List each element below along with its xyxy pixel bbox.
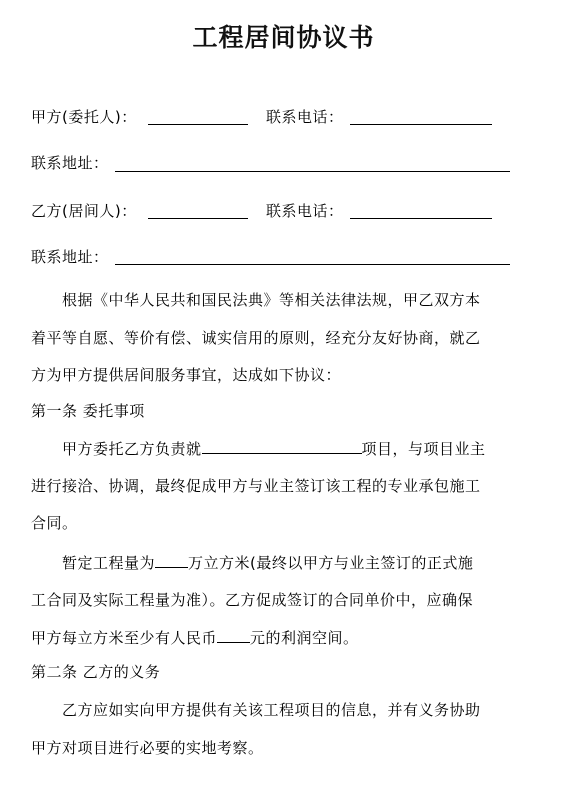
party-b-phone-label: 联系电话： <box>266 201 344 221</box>
article-1-text: 暂定工程量为 <box>62 554 155 572</box>
article-1-para-1-line-2: 进行接洽、协调，最终促成甲方与业主签订该工程的专业承包施工 <box>31 476 481 496</box>
party-a-address-field[interactable] <box>115 171 510 172</box>
article-1-text: 万立方米(最终以甲方与业主签订的正式施 <box>188 554 473 572</box>
party-b-phone-field[interactable] <box>350 218 492 219</box>
preamble-line-3: 方为甲方提供居间服务事宜，达成如下协议： <box>31 365 341 385</box>
party-b-name-field[interactable] <box>148 218 248 219</box>
article-1-para-1-line-1: 甲方委托乙方负责就项目，与项目业主 <box>62 438 486 459</box>
party-b-address-label: 联系地址： <box>31 247 109 267</box>
party-a-phone-label: 联系电话： <box>266 107 344 127</box>
project-name-field[interactable] <box>202 438 362 454</box>
party-a-address-label: 联系地址： <box>31 153 109 173</box>
party-a-name-field[interactable] <box>148 124 248 125</box>
preamble-line-2: 着平等自愿、等价有偿、诚实信用的原则，经充分友好协商，就乙 <box>31 328 481 348</box>
article-1-text: 甲方每立方米至少有人民币 <box>31 629 217 647</box>
party-a-label: 甲方(委托人)： <box>31 107 137 127</box>
document-title: 工程居间协议书 <box>0 18 567 54</box>
document-page: 工程居间协议书 甲方(委托人)： 联系电话： 联系地址： 乙方(居间人)： 联系… <box>0 0 567 797</box>
article-1-text: 元的利润空间。 <box>250 629 359 647</box>
article-1-text: 甲方委托乙方负责就 <box>62 440 202 458</box>
profit-amount-field[interactable] <box>217 627 250 643</box>
article-1-para-2-line-3: 甲方每立方米至少有人民币元的利润空间。 <box>31 627 359 648</box>
article-2-para-1-line-2: 甲方对项目进行必要的实地考察。 <box>31 738 264 758</box>
article-1-para-1-line-3: 合同。 <box>31 513 78 533</box>
article-2-para-1-line-1: 乙方应如实向甲方提供有关该工程项目的信息，并有义务协助 <box>62 700 481 720</box>
article-1-para-2-line-1: 暂定工程量为万立方米(最终以甲方与业主签订的正式施 <box>62 552 473 573</box>
article-1-para-2-line-2: 工合同及实际工程量为准）。乙方促成签订的合同单价中，应确保 <box>31 590 473 610</box>
article-1-heading: 第一条 委托事项 <box>31 401 145 421</box>
preamble-line-1: 根据《中华人民共和国民法典》等相关法律法规，甲乙双方本 <box>62 290 481 310</box>
party-b-address-field[interactable] <box>115 264 510 265</box>
article-2-heading: 第二条 乙方的义务 <box>31 662 160 682</box>
work-volume-field[interactable] <box>155 552 188 568</box>
party-a-phone-field[interactable] <box>350 124 492 125</box>
party-b-label: 乙方(居间人)： <box>31 201 137 221</box>
article-1-text: 项目，与项目业主 <box>362 440 486 458</box>
